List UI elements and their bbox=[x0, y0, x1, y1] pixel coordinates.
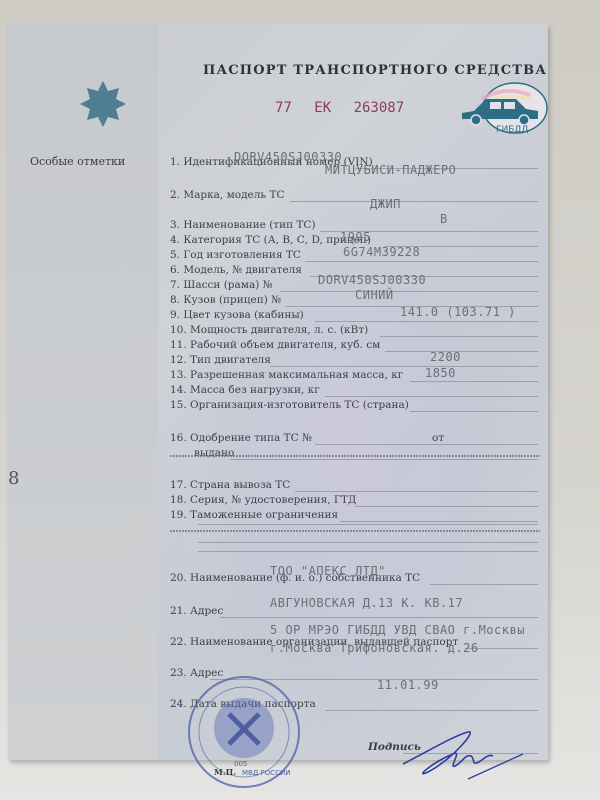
field-line-7 bbox=[280, 291, 538, 292]
field-label-16: 16. Одобрение типа ТС № bbox=[170, 432, 312, 444]
document-title: ПАСПОРТ ТРАНСПОРТНОГО СРЕДСТВА bbox=[203, 63, 547, 78]
microtext-divider bbox=[170, 455, 540, 457]
field-value-20: ТОО "АПЕКС ЛТД" bbox=[270, 564, 386, 578]
field-value-13: 2200 bbox=[430, 350, 461, 364]
field-label-10: 10. Мощность двигателя, л. с. (кВт) bbox=[170, 324, 368, 336]
field-line-15 bbox=[410, 411, 538, 412]
blank-line bbox=[198, 542, 538, 543]
field-value-21: АВГУНОВСКАЯ Д.13 К. КВ.17 bbox=[270, 596, 463, 610]
field-16-issued-line bbox=[230, 459, 538, 460]
svg-text:М.П.: М.П. bbox=[214, 767, 236, 777]
field-value-3: ДЖИП bbox=[370, 197, 401, 211]
field-line-12 bbox=[270, 366, 538, 367]
field-value-24: 11.01.99 bbox=[377, 678, 439, 692]
field-label-21: 21. Адрес bbox=[170, 605, 223, 617]
field-value-9: СИНИЙ bbox=[355, 288, 394, 302]
field-value-22: 5 ОР МРЭО ГИБДД УВД СВАО г.Москвы bbox=[270, 623, 525, 637]
field-value-14: 1850 bbox=[425, 366, 456, 380]
field-label-9: 9. Цвет кузова (кабины) bbox=[170, 309, 304, 321]
field-label-12: 12. Тип двигателя bbox=[170, 354, 271, 366]
field-label-2: 2. Марка, модель ТС bbox=[170, 189, 285, 201]
field-value-23: г.Москва Трифоновская. д.26 bbox=[270, 641, 479, 655]
field-line-24 bbox=[325, 710, 538, 711]
microtext-divider bbox=[170, 530, 540, 532]
field-16-from-label: от bbox=[432, 432, 444, 444]
blank-line bbox=[198, 551, 538, 552]
field-label-14: 14. Масса без нагрузки, кг bbox=[170, 384, 320, 396]
field-line-17 bbox=[295, 491, 538, 492]
field-value-4: В bbox=[440, 212, 448, 226]
handwritten-signature-icon bbox=[393, 724, 533, 784]
handwritten-mark: 8 bbox=[8, 468, 19, 489]
field-label-19: 19. Таможенные ограничения bbox=[170, 509, 338, 521]
field-label-6: 6. Модель, № двигателя bbox=[170, 264, 302, 276]
field-line-18 bbox=[355, 506, 538, 507]
svg-text:МВД РОССИИ: МВД РОССИИ bbox=[242, 769, 291, 777]
field-label-5: 5. Год изготовления ТС bbox=[170, 249, 301, 261]
field-label-17: 17. Страна вывоза ТС bbox=[170, 479, 290, 491]
field-line-14 bbox=[325, 396, 538, 397]
field-line-19 bbox=[340, 521, 538, 522]
field-line-13 bbox=[410, 381, 538, 382]
special-marks-label: Особые отметки bbox=[30, 155, 125, 168]
field-label-18: 18. Серия, № удостоверения, ГТД bbox=[170, 494, 356, 506]
field-label-13: 13. Разрешенная максимальная масса, кг bbox=[170, 369, 403, 381]
field-value-2: МИТЦУБИСИ-ПАДЖЕРО bbox=[325, 163, 456, 177]
field-value-5: 1995 bbox=[340, 230, 371, 244]
field-label-7: 7. Шасси (рама) № bbox=[170, 279, 273, 291]
field-label-3: 3. Наименование (тип ТС) bbox=[170, 219, 316, 231]
svg-text:ГИБДД: ГИБДД bbox=[496, 125, 528, 135]
field-value-10: 141.0 (103.71 ) bbox=[400, 305, 516, 319]
serial-number: 77 ЕК 263087 bbox=[275, 100, 404, 116]
field-label-11: 11. Рабочий объем двигателя, куб. см bbox=[170, 339, 380, 351]
field-line-20 bbox=[430, 584, 538, 585]
field-line-9 bbox=[315, 321, 538, 322]
field-line-10 bbox=[380, 336, 538, 337]
field-label-15: 15. Организация-изготовитель ТС (страна) bbox=[170, 399, 409, 411]
field-line-11 bbox=[385, 351, 538, 352]
blank-line bbox=[198, 524, 538, 525]
field-line-5 bbox=[305, 261, 538, 262]
field-line-2 bbox=[290, 201, 538, 202]
field-value-8: DORV450SJ00330 bbox=[318, 273, 426, 287]
field-value-overprint: DORV450SJ00330 bbox=[234, 150, 342, 164]
vehicle-passport-page: ПАСПОРТ ТРАНСПОРТНОГО СРЕДСТВА 77 ЕК 263… bbox=[8, 24, 548, 760]
field-line-21 bbox=[220, 617, 538, 618]
svg-text:005: 005 bbox=[234, 760, 247, 768]
field-value-6: 6G74M39228 bbox=[343, 245, 420, 259]
star-emblem-icon bbox=[78, 79, 128, 129]
field-16-issued-label: выдано bbox=[194, 447, 234, 459]
official-stamp-icon: 005 МВД РОССИИ М.П. bbox=[184, 672, 304, 792]
field-label-8: 8. Кузов (прицеп) № bbox=[170, 294, 281, 306]
field-line-16 bbox=[315, 444, 538, 445]
gibdd-car-logo-icon: ГИБДД bbox=[460, 81, 550, 136]
